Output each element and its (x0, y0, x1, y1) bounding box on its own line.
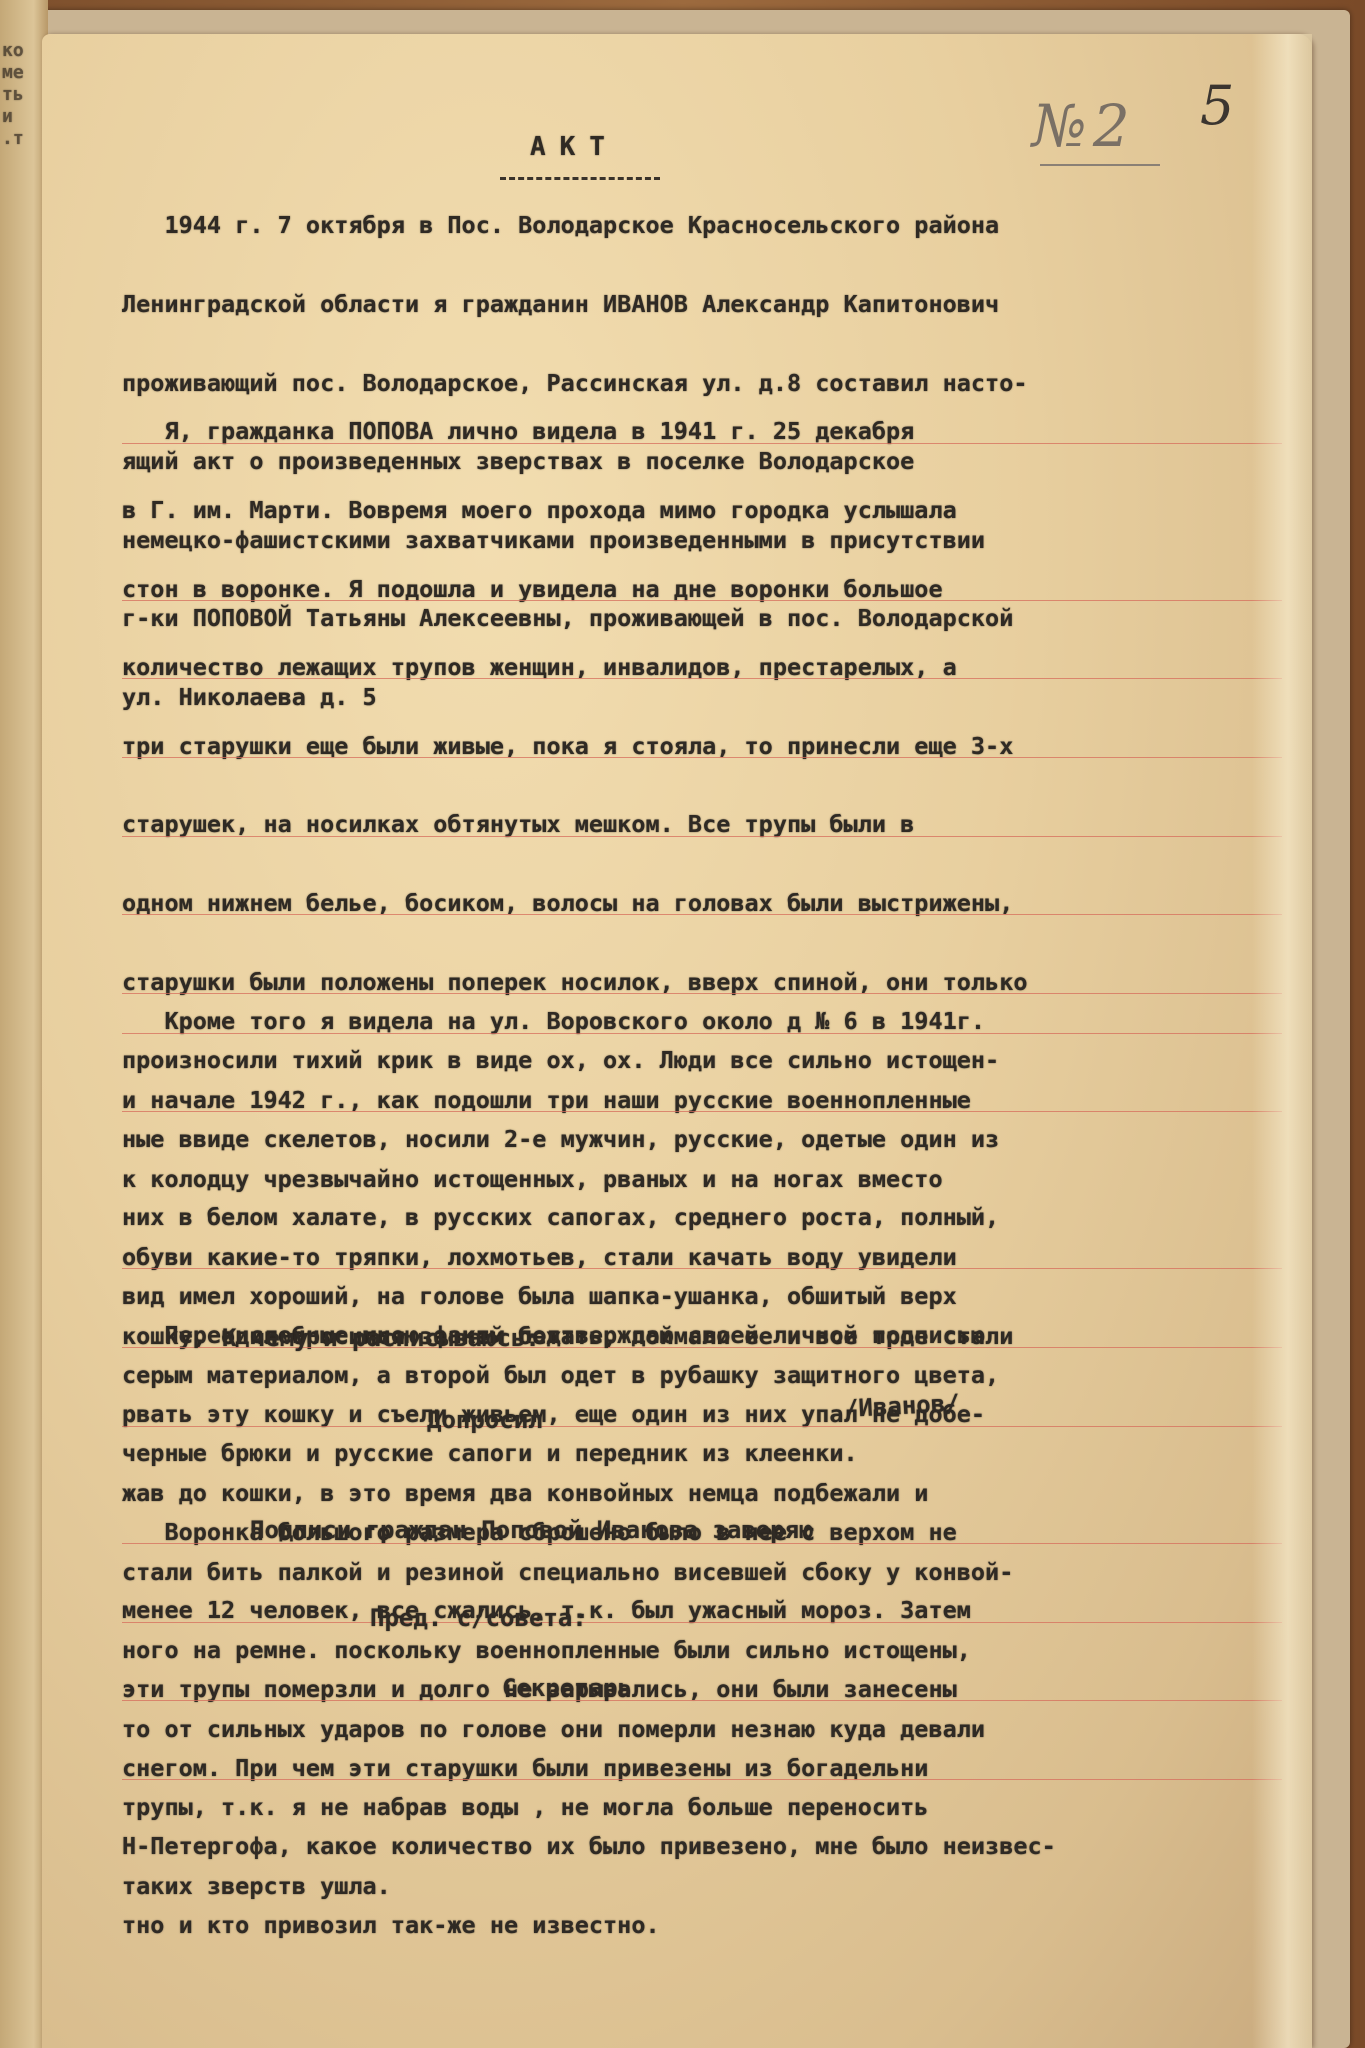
handwritten-folio-number: 5 (1200, 74, 1234, 137)
text-line: таких зверств ушла. (122, 1873, 1322, 1899)
document-page: №2 5 АКТ 1944 г. 7 октября в Пос. Волода… (42, 34, 1312, 2048)
text-line: в Г. им. Марти. Вовремя моего прохода ми… (122, 497, 1322, 523)
handwritten-page-number: №2 (1032, 92, 1136, 160)
text-line: трупы, т.к. я не набрав воды , не могла … (122, 1794, 1322, 1820)
text-line: стали бить палкой и резиной специально в… (122, 1559, 1322, 1585)
underlined-text-line: обуви какие-то тряпки, лохмотьев, стали … (122, 1244, 1322, 1270)
document-title: АКТ (530, 132, 619, 162)
secretary-label: Секретарь (502, 1674, 632, 1702)
text-line: Ленинградской области я гражданин ИВАНОВ… (122, 291, 1322, 317)
text-line: то от сильных ударов по голове они помер… (122, 1716, 1322, 1742)
adjacent-page-text-fragment: ко ме ть и .т (2, 40, 46, 150)
witness-paragraph-2: Кроме того я видела на ул. Воровского ок… (122, 956, 1322, 1952)
underlined-text-line: стон в воронке. Я подошла и увидела на д… (122, 576, 1322, 602)
underlined-text-line: Я, гражданка ПОПОВА лично видела в 1941 … (122, 418, 1322, 444)
text-line: 1944 г. 7 октября в Пос. Володарское Кра… (122, 212, 1322, 238)
underlined-text-line: три старушки еще были живые, пока я стоя… (122, 733, 1322, 759)
text-line: к колодцу чрезвычайно истощенных, рваных… (122, 1166, 1322, 1192)
adjacent-page-edge: ко ме ть и .т (0, 0, 48, 2048)
underlined-text-line: рвать эту кошку и съели живьем, еще один… (122, 1401, 1322, 1427)
interrogated-label: Допросил (427, 1406, 543, 1434)
underlined-text-line: одном нижнем белье, босиком, волосы на г… (122, 890, 1322, 916)
text-line: ного на ремне. поскольку военнопленные б… (122, 1637, 1322, 1663)
underlined-text-line: и начале 1942 г., как подошли три наши р… (122, 1087, 1322, 1113)
underlined-text-line: Кроме того я видела на ул. Воровского ок… (122, 1008, 1322, 1034)
text-line: жав до кошки, в это время два конвойных … (122, 1480, 1322, 1506)
attestation-line: К чему и расписываюсь: (222, 1324, 540, 1352)
underlined-text-line: количество лежащих трупов женщин, инвали… (122, 654, 1322, 680)
chairman-label: Пред. с/совета: (370, 1604, 587, 1632)
certification-line: Подписи граждан Поповой Иванова заверяю (250, 1516, 814, 1544)
underlined-text-line: старушек, на носилках обтянутых мешком. … (122, 811, 1322, 837)
